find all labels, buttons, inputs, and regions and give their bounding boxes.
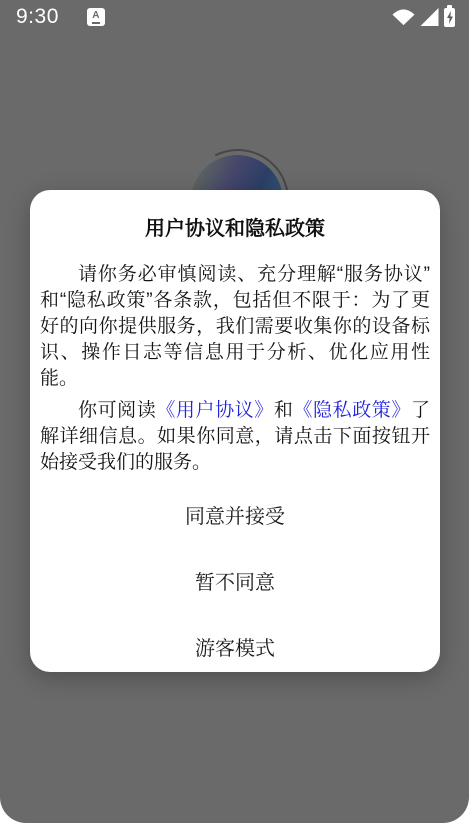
dialog-buttons: 同意并接受 暂不同意 游客模式	[40, 488, 430, 686]
paragraph2-text-before: 你可阅读	[78, 400, 156, 421]
privacy-policy-dialog: 用户协议和隐私政策 请你务必审慎阅读、充分理解“服务协议”和“隐私政策”各条款，…	[30, 190, 440, 672]
dialog-paragraph-1: 请你务必审慎阅读、充分理解“服务协议”和“隐私政策”各条款，包括但不限于：为了更…	[40, 262, 430, 392]
user-agreement-link[interactable]: 《用户协议》	[156, 400, 274, 421]
cellular-signal-icon	[420, 8, 439, 26]
device-screen: 9:30 A 用户协议和隐私	[0, 0, 469, 823]
notification-app-icon: A	[87, 8, 105, 26]
status-bar-right	[392, 7, 455, 27]
guest-mode-button[interactable]: 游客模式	[40, 620, 430, 678]
agree-accept-button[interactable]: 同意并接受	[40, 488, 430, 546]
disagree-button[interactable]: 暂不同意	[40, 554, 430, 612]
dialog-title: 用户协议和隐私政策	[40, 216, 430, 242]
dialog-message: 请你务必审慎阅读、充分理解“服务协议”和“隐私政策”各条款，包括但不限于：为了更…	[40, 262, 430, 476]
privacy-policy-link[interactable]: 《隐私政策》	[293, 400, 411, 421]
notification-app-letter: A	[92, 11, 99, 21]
battery-charging-icon	[444, 8, 455, 27]
status-bar: 9:30 A	[0, 0, 469, 32]
dialog-paragraph-2: 你可阅读《用户协议》和《隐私政策》了解详细信息。如果你同意，请点击下面按钮开始接…	[40, 398, 430, 476]
clock: 9:30	[16, 5, 59, 29]
wifi-icon	[392, 8, 415, 26]
paragraph2-text-middle: 和	[274, 400, 294, 421]
notification-app-underline	[92, 22, 100, 24]
